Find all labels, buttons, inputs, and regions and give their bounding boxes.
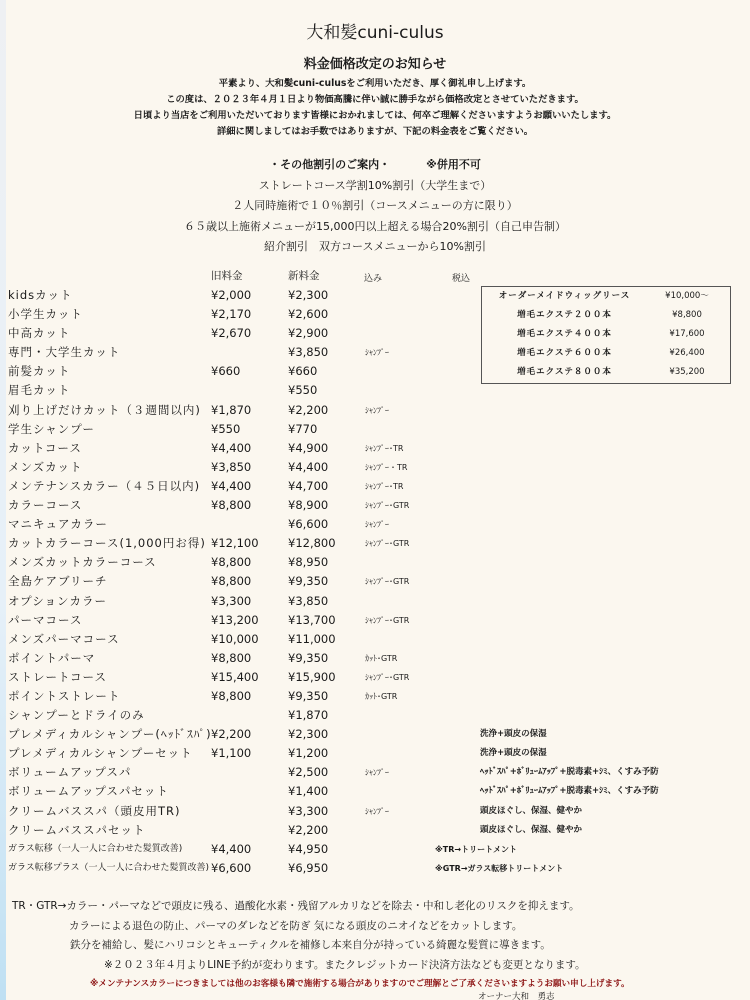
new-price: ¥1,870 bbox=[288, 706, 328, 725]
menu-name: ポイントパーマ bbox=[8, 649, 95, 668]
signature: オーナー大和 勇志 bbox=[478, 990, 555, 1000]
menu-note: ﾍｯﾄﾞｽﾊﾟ+ﾎﾞﾘｭｰﾑｱｯﾌﾟ+脱毒素+ｼﾐ、くすみ予防 bbox=[480, 763, 659, 782]
old-price: ¥2,170 bbox=[211, 305, 251, 324]
discount-item: ストレートコース学割10%割引（大学生まで） bbox=[0, 176, 750, 197]
menu-name: カットコース bbox=[8, 439, 82, 458]
old-price: ¥3,850 bbox=[211, 458, 251, 477]
menu-row: 刈り上げだけカット（３週間以内)¥1,870¥2,200ｼｬﾝﾌﾟｰ bbox=[8, 401, 748, 420]
menu-row: ポイントパーマ¥8,800¥9,350ｶｯﾄ･GTR bbox=[8, 649, 748, 668]
new-price: ¥2,300 bbox=[288, 286, 328, 305]
included-services: ｼｬﾝﾌﾟｰ bbox=[365, 763, 389, 782]
menu-name: ガラス転移プラス（一人一人に合わせた髪質改善) bbox=[8, 859, 209, 878]
menu-row: オプションカラー¥3,300¥3,850 bbox=[8, 592, 748, 611]
new-price: ¥4,900 bbox=[288, 439, 328, 458]
wig-item-name: オーダーメイドウィッグリース bbox=[482, 287, 647, 306]
menu-name: カットカラーコース(1,000円お得) bbox=[8, 534, 206, 553]
wig-row: 増毛エクステ４００本¥17,600 bbox=[482, 325, 730, 344]
old-price: ¥2,670 bbox=[211, 324, 251, 343]
menu-row: プレメディカルシャンプー(ﾍｯﾄﾞｽﾊﾟ)¥2,200¥2,300洗浄+頭皮の保… bbox=[8, 725, 748, 744]
menu-name: 全島ケアブリーチ bbox=[8, 572, 108, 591]
new-price: ¥9,350 bbox=[288, 649, 328, 668]
menu-name: メンテナンスカラー（４５日以内) bbox=[8, 477, 200, 496]
included-services: ｼｬﾝﾌﾟｰ bbox=[365, 802, 389, 821]
menu-row: プレメディカルシャンプーセット¥1,100¥1,200洗浄+頭皮の保湿 bbox=[8, 744, 748, 763]
menu-name: 小学生カット bbox=[8, 305, 83, 324]
discount-item: 紹介割引 双方コースメニューから10%割引 bbox=[0, 237, 750, 258]
new-price: ¥2,600 bbox=[288, 305, 328, 324]
discount-item: ６５歳以上施術メニューが15,000円以上超える場合20%割引（自己申告制） bbox=[0, 217, 750, 238]
old-price: ¥1,870 bbox=[211, 401, 251, 420]
menu-note: 洗浄+頭皮の保湿 bbox=[480, 744, 547, 763]
included-services: ｼｬﾝﾌﾟｰ･GTR bbox=[365, 611, 409, 630]
menu-row: ガラス転移（一人一人に合わせた髪質改善)¥4,400¥4,950※TR→トリート… bbox=[8, 840, 748, 859]
intro-line: 日頃より当店をご利用いただいております皆様におかれましては、何卒ご理解くださいま… bbox=[0, 108, 750, 124]
wig-item-price: ¥17,600 bbox=[652, 325, 722, 344]
new-price: ¥15,900 bbox=[288, 668, 336, 687]
new-price: ¥2,200 bbox=[288, 401, 328, 420]
old-price: ¥12,100 bbox=[211, 534, 259, 553]
menu-name: ガラス転移（一人一人に合わせた髪質改善) bbox=[8, 840, 182, 859]
menu-name: ストレートコース bbox=[8, 668, 107, 687]
discount-section: ・その他割引のご案内・※併用不可 ストレートコース学割10%割引（大学生まで） … bbox=[0, 155, 750, 258]
old-price: ¥2,200 bbox=[211, 725, 251, 744]
header-old-price: 旧料金 bbox=[211, 268, 243, 283]
wig-item-price: ¥26,400 bbox=[652, 344, 722, 363]
old-price: ¥10,000 bbox=[211, 630, 259, 649]
new-price: ¥2,300 bbox=[288, 725, 328, 744]
menu-name: 学生シャンプー bbox=[8, 420, 95, 439]
old-price: ¥1,100 bbox=[211, 744, 251, 763]
intro-line: 詳細に関しましてはお手数ではありますが、下記の料金表をご覧ください。 bbox=[0, 124, 750, 140]
menu-note: 頭皮ほぐし、保湿、健やか bbox=[480, 821, 582, 840]
old-price: ¥4,400 bbox=[211, 477, 251, 496]
new-price: ¥9,350 bbox=[288, 687, 328, 706]
new-price: ¥2,200 bbox=[288, 821, 328, 840]
menu-name: カラーコース bbox=[8, 496, 82, 515]
note-line: TR・GTR→カラー・パーマなどで頭皮に残る、過酸化水素・残留アルカリなどを除去… bbox=[0, 897, 750, 917]
new-price: ¥660 bbox=[288, 362, 317, 381]
menu-name: メンズカットカラーコース bbox=[8, 553, 157, 572]
menu-name: ボリュームアップスパセット bbox=[8, 782, 169, 801]
new-price: ¥6,600 bbox=[288, 515, 328, 534]
menu-row: マニキュアカラー¥6,600ｼｬﾝﾌﾟｰ bbox=[8, 515, 748, 534]
old-price: ¥13,200 bbox=[211, 611, 259, 630]
salon-title: 大和髪cuni-culus bbox=[0, 18, 750, 43]
new-price: ¥4,700 bbox=[288, 477, 328, 496]
included-services: ｼｬﾝﾌﾟｰ･GTR bbox=[365, 496, 409, 515]
menu-name: マニキュアカラー bbox=[8, 515, 108, 534]
new-price: ¥8,950 bbox=[288, 553, 328, 572]
menu-row: クリームバススパセット¥2,200頭皮ほぐし、保湿、健やか bbox=[8, 821, 748, 840]
old-price: ¥8,800 bbox=[211, 572, 251, 591]
intro-line: この度は、２０２３年４月１日より物価高騰に伴い誠に勝手ながら価格改定とさせていた… bbox=[0, 92, 750, 108]
wig-extension-box: オーダーメイドウィッグリース¥10,000～増毛エクステ２００本¥8,800増毛… bbox=[481, 286, 731, 384]
abbreviation-note: ※TR→トリートメント bbox=[435, 840, 517, 859]
menu-name: プレメディカルシャンプー(ﾍｯﾄﾞｽﾊﾟ) bbox=[8, 725, 212, 744]
included-services: ｼｬﾝﾌﾟｰ bbox=[365, 401, 389, 420]
new-price: ¥8,900 bbox=[288, 496, 328, 515]
wig-item-name: 増毛エクステ４００本 bbox=[482, 325, 647, 344]
included-services: ｼｬﾝﾌﾟｰ・TR bbox=[365, 458, 407, 477]
wig-item-name: 増毛エクステ２００本 bbox=[482, 306, 647, 325]
new-price: ¥3,850 bbox=[288, 592, 328, 611]
menu-row: ポイントストレート¥8,800¥9,350ｶｯﾄ･GTR bbox=[8, 687, 748, 706]
menu-name: オプションカラー bbox=[8, 592, 107, 611]
wig-row: 増毛エクステ２００本¥8,800 bbox=[482, 306, 730, 325]
wig-item-name: 増毛エクステ８００本 bbox=[482, 363, 647, 382]
new-price: ¥4,950 bbox=[288, 840, 328, 859]
included-services: ｼｬﾝﾌﾟｰ･GTR bbox=[365, 534, 409, 553]
wig-item-name: 増毛エクステ６００本 bbox=[482, 344, 647, 363]
menu-row: メンズカットカラーコース¥8,800¥8,950 bbox=[8, 553, 748, 572]
menu-name: メンズカット bbox=[8, 458, 83, 477]
note-line: 鉄分を補給し、髪にハリコシとキューティクルを補修し本来自分が持っている綺麗な髪質… bbox=[0, 936, 750, 956]
old-price: ¥2,000 bbox=[211, 286, 251, 305]
warning-line: ※メンテナンスカラーにつきましては他のお客様も隣で施術する場合がありますのでご理… bbox=[0, 975, 750, 995]
menu-row: メンテナンスカラー（４５日以内)¥4,400¥4,700ｼｬﾝﾌﾟｰ･TR bbox=[8, 477, 748, 496]
bottom-notes: TR・GTR→カラー・パーマなどで頭皮に残る、過酸化水素・残留アルカリなどを除去… bbox=[0, 897, 750, 995]
wig-item-price: ¥8,800 bbox=[652, 306, 722, 325]
included-services: ｼｬﾝﾌﾟｰ･TR bbox=[365, 439, 403, 458]
menu-row: メンズパーマコース¥10,000¥11,000 bbox=[8, 630, 748, 649]
menu-row: メンズカット¥3,850¥4,400ｼｬﾝﾌﾟｰ・TR bbox=[8, 458, 748, 477]
new-price: ¥1,200 bbox=[288, 744, 328, 763]
menu-row: ストレートコース¥15,400¥15,900ｼｬﾝﾌﾟｰ･GTR bbox=[8, 668, 748, 687]
new-price: ¥1,400 bbox=[288, 782, 328, 801]
old-price: ¥550 bbox=[211, 420, 240, 439]
wig-item-price: ¥10,000～ bbox=[652, 287, 722, 306]
included-services: ｼｬﾝﾌﾟｰ bbox=[365, 515, 389, 534]
discount-heading: ・その他割引のご案内・※併用不可 bbox=[0, 155, 750, 176]
menu-row: ボリュームアップスパ¥2,500ｼｬﾝﾌﾟｰﾍｯﾄﾞｽﾊﾟ+ﾎﾞﾘｭｰﾑｱｯﾌﾟ… bbox=[8, 763, 748, 782]
old-price: ¥6,600 bbox=[211, 859, 251, 878]
old-price: ¥8,800 bbox=[211, 649, 251, 668]
menu-name: 前髪カット bbox=[8, 362, 70, 381]
menu-name: kidsカット bbox=[8, 286, 73, 305]
menu-note: ﾍｯﾄﾞｽﾊﾟ+ﾎﾞﾘｭｰﾑｱｯﾌﾟ+脱毒素+ｼﾐ、くすみ予防 bbox=[480, 782, 659, 801]
menu-row: 学生シャンプー¥550¥770 bbox=[8, 420, 748, 439]
included-services: ｶｯﾄ･GTR bbox=[365, 687, 397, 706]
new-price: ¥550 bbox=[288, 381, 317, 400]
menu-name: ポイントストレート bbox=[8, 687, 120, 706]
header-tax-included: 税込 bbox=[452, 271, 470, 284]
new-price: ¥2,500 bbox=[288, 763, 328, 782]
old-price: ¥15,400 bbox=[211, 668, 259, 687]
old-price: ¥8,800 bbox=[211, 496, 251, 515]
new-price: ¥3,300 bbox=[288, 802, 328, 821]
old-price: ¥660 bbox=[211, 362, 240, 381]
wig-row: オーダーメイドウィッグリース¥10,000～ bbox=[482, 287, 730, 306]
header-included: 込み bbox=[364, 271, 382, 284]
menu-name: 中高カット bbox=[8, 324, 70, 343]
included-services: ｼｬﾝﾌﾟｰ･GTR bbox=[365, 668, 409, 687]
menu-row: カットカラーコース(1,000円お得)¥12,100¥12,800ｼｬﾝﾌﾟｰ･… bbox=[8, 534, 748, 553]
discount-heading-text: ・その他割引のご案内・ bbox=[269, 158, 390, 171]
menu-name: クリームバススパセット bbox=[8, 821, 146, 840]
menu-name: プレメディカルシャンプーセット bbox=[8, 744, 193, 763]
new-price: ¥9,350 bbox=[288, 572, 328, 591]
new-price: ¥12,800 bbox=[288, 534, 336, 553]
menu-name: シャンプーとドライのみ bbox=[8, 706, 145, 725]
old-price: ¥4,400 bbox=[211, 840, 251, 859]
old-price: ¥4,400 bbox=[211, 439, 251, 458]
photo-edge bbox=[0, 0, 6, 1000]
included-services: ｶｯﾄ･GTR bbox=[365, 649, 397, 668]
note-line: カラーによる退色の防止、パーマのダレなどを防ぎ 気になる頭皮のニオイなどをカット… bbox=[0, 917, 750, 937]
menu-name: クリームバススパ（頭皮用TR) bbox=[8, 802, 181, 821]
discount-item: ２人同時施術で１０％割引（コースメニューの方に限り） bbox=[0, 196, 750, 217]
intro-paragraph: 平素より、大和髪cuni-culusをご利用いただき、厚く御礼申し上げます。 こ… bbox=[0, 76, 750, 140]
menu-name: 眉毛カット bbox=[8, 381, 70, 400]
menu-row: パーマコース¥13,200¥13,700ｼｬﾝﾌﾟｰ･GTR bbox=[8, 611, 748, 630]
menu-row: カットコース¥4,400¥4,900ｼｬﾝﾌﾟｰ･TR bbox=[8, 439, 748, 458]
abbreviation-note: ※GTR→ガラス転移トリートメント bbox=[435, 859, 563, 878]
new-price: ¥770 bbox=[288, 420, 317, 439]
intro-line: 平素より、大和髪cuni-culusをご利用いただき、厚く御礼申し上げます。 bbox=[0, 76, 750, 92]
discount-note: ※併用不可 bbox=[426, 158, 481, 171]
menu-name: パーマコース bbox=[8, 611, 82, 630]
new-price: ¥13,700 bbox=[288, 611, 336, 630]
new-price: ¥4,400 bbox=[288, 458, 328, 477]
menu-row: ボリュームアップスパセット¥1,400ﾍｯﾄﾞｽﾊﾟ+ﾎﾞﾘｭｰﾑｱｯﾌﾟ+脱毒… bbox=[8, 782, 748, 801]
menu-note: 頭皮ほぐし、保湿、健やか bbox=[480, 802, 582, 821]
new-price: ¥2,900 bbox=[288, 324, 328, 343]
new-price: ¥6,950 bbox=[288, 859, 328, 878]
menu-note: 洗浄+頭皮の保湿 bbox=[480, 725, 547, 744]
note-line: ※２０２３年４月よりLINE予約が変わります。またクレジットカード決済方法なども… bbox=[0, 956, 750, 976]
new-price: ¥11,000 bbox=[288, 630, 336, 649]
wig-row: 増毛エクステ８００本¥35,200 bbox=[482, 363, 730, 382]
wig-row: 増毛エクステ６００本¥26,400 bbox=[482, 344, 730, 363]
notice-title: 料金価格改定のお知らせ bbox=[0, 53, 750, 72]
old-price: ¥8,800 bbox=[211, 687, 251, 706]
menu-name: 刈り上げだけカット（３週間以内) bbox=[8, 401, 201, 420]
menu-row: シャンプーとドライのみ¥1,870 bbox=[8, 706, 748, 725]
old-price: ¥8,800 bbox=[211, 553, 251, 572]
wig-item-price: ¥35,200 bbox=[652, 363, 722, 382]
header-new-price: 新料金 bbox=[288, 268, 320, 283]
menu-row: ガラス転移プラス（一人一人に合わせた髪質改善)¥6,600¥6,950※GTR→… bbox=[8, 859, 748, 878]
menu-name: ボリュームアップスパ bbox=[8, 763, 131, 782]
menu-row: クリームバススパ（頭皮用TR)¥3,300ｼｬﾝﾌﾟｰ頭皮ほぐし、保湿、健やか bbox=[8, 802, 748, 821]
menu-name: 専門・大学生カット bbox=[8, 343, 120, 362]
included-services: ｼｬﾝﾌﾟｰ･TR bbox=[365, 477, 403, 496]
menu-row: カラーコース¥8,800¥8,900ｼｬﾝﾌﾟｰ･GTR bbox=[8, 496, 748, 515]
new-price: ¥3,850 bbox=[288, 343, 328, 362]
menu-name: メンズパーマコース bbox=[8, 630, 120, 649]
menu-row: 眉毛カット¥550 bbox=[8, 381, 748, 400]
menu-row: 全島ケアブリーチ¥8,800¥9,350ｼｬﾝﾌﾟｰ･GTR bbox=[8, 572, 748, 591]
included-services: ｼｬﾝﾌﾟｰ bbox=[365, 343, 389, 362]
included-services: ｼｬﾝﾌﾟｰ･GTR bbox=[365, 572, 409, 591]
old-price: ¥3,300 bbox=[211, 592, 251, 611]
